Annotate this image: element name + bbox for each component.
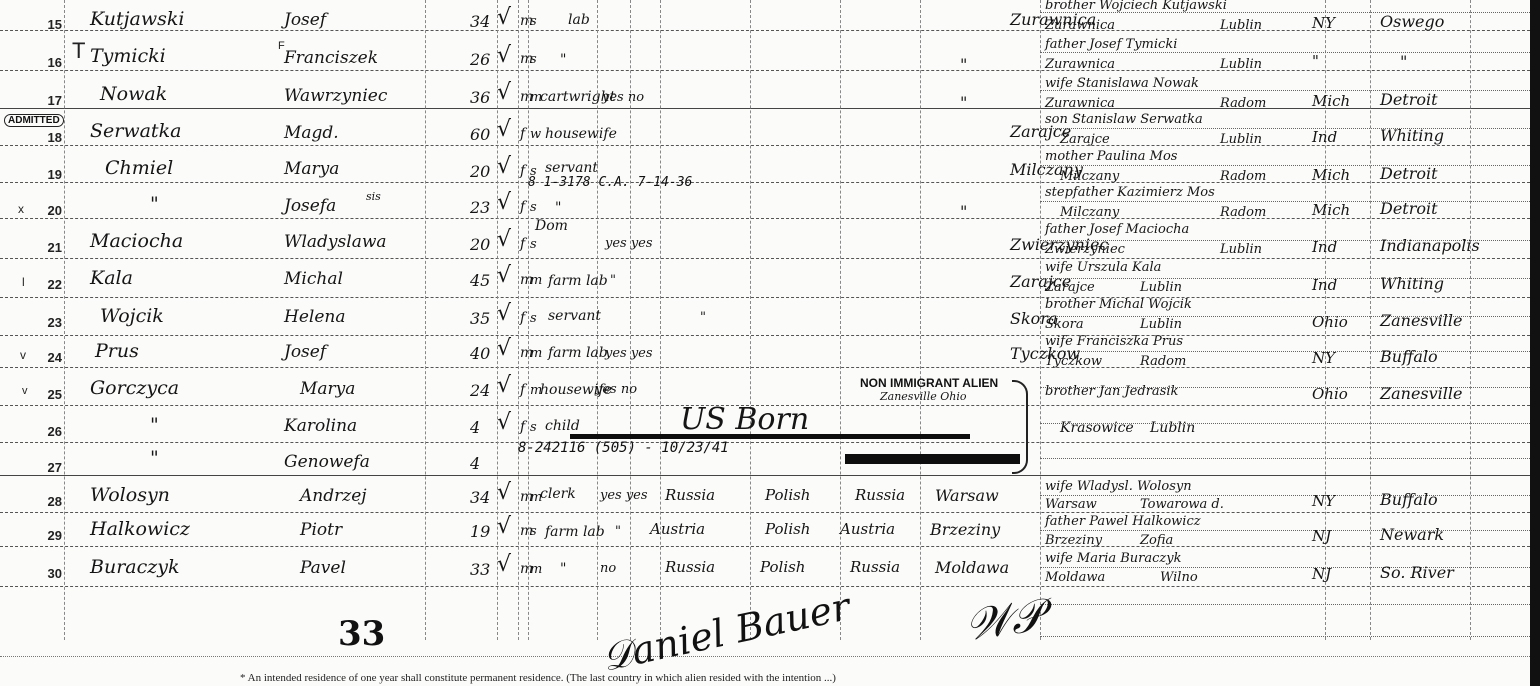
check-mark: √ bbox=[497, 336, 511, 361]
check-mark: √ bbox=[497, 80, 511, 105]
row-divider bbox=[0, 297, 1530, 298]
read-write: yes no bbox=[595, 382, 637, 397]
surname: " bbox=[150, 193, 159, 215]
destination-city: Buffalo bbox=[1380, 490, 1438, 509]
row-divider bbox=[0, 335, 1530, 336]
surname: Nowak bbox=[100, 83, 167, 105]
given-name: Andrzej bbox=[300, 486, 367, 506]
nearest-relative: wife Wladysl. Wolosyn bbox=[1045, 479, 1192, 494]
initials-signature: 𝒲𝒫 bbox=[962, 590, 1046, 651]
destination-city: Whiting bbox=[1380, 274, 1444, 293]
destination-city: Detroit bbox=[1380, 199, 1438, 218]
destination-city: " bbox=[1400, 52, 1407, 71]
occupation: farm lab bbox=[548, 273, 608, 289]
surname: " bbox=[150, 414, 159, 436]
surname: Chmiel bbox=[105, 157, 173, 179]
column-divider bbox=[425, 0, 426, 640]
relative-town: Skora bbox=[1045, 317, 1084, 332]
destination-city: Buffalo bbox=[1380, 347, 1438, 366]
marital-status: s bbox=[530, 420, 537, 435]
relative-town: Warsaw bbox=[1045, 497, 1097, 512]
row-divider bbox=[0, 108, 1530, 109]
sex: f bbox=[520, 382, 525, 398]
age: 26 bbox=[470, 50, 490, 69]
last-residence-town: Moldawa bbox=[935, 558, 1009, 577]
check-mark: √ bbox=[497, 410, 511, 435]
race: Polish bbox=[760, 558, 805, 576]
destination-state: Mich bbox=[1312, 201, 1350, 219]
relative-town: Milczany bbox=[1060, 205, 1119, 220]
relative-town: Zurawnica bbox=[1045, 96, 1115, 111]
bottom-divider bbox=[0, 656, 1530, 657]
given-name: Karolina bbox=[284, 416, 357, 436]
destination-state: Ind bbox=[1312, 276, 1337, 294]
surname: Kala bbox=[90, 267, 133, 289]
stamp-annotation: Zanesville Ohio bbox=[880, 390, 966, 403]
given-name: Magd. bbox=[284, 123, 339, 143]
surname: Wolosyn bbox=[90, 484, 170, 506]
destination-state: NY bbox=[1312, 349, 1335, 367]
destination-state: NJ bbox=[1312, 527, 1331, 545]
row-number: 24 bbox=[36, 350, 62, 365]
destination-city: So. River bbox=[1380, 563, 1454, 582]
sub-divider bbox=[1040, 201, 1530, 202]
row-marker: x bbox=[18, 202, 24, 216]
relative-town: Zurawnica bbox=[1045, 57, 1115, 72]
destination-state: Mich bbox=[1312, 166, 1350, 184]
relative-town: Milczany bbox=[1060, 169, 1119, 184]
sub-divider bbox=[1040, 128, 1530, 129]
row-divider bbox=[0, 475, 1530, 476]
given-name: Helena bbox=[284, 307, 345, 327]
nearest-relative: father Josef Maciocha bbox=[1045, 222, 1189, 237]
sex: f bbox=[520, 236, 525, 252]
relative-town: Moldawa bbox=[1045, 570, 1105, 585]
relative-province: Radom bbox=[1220, 169, 1266, 184]
destination-state: Ohio bbox=[1312, 313, 1348, 331]
age: 4 bbox=[470, 454, 480, 473]
occupation: " bbox=[555, 200, 561, 216]
row-number: 19 bbox=[36, 167, 62, 182]
sub-divider bbox=[1040, 530, 1530, 531]
nationality: Austria bbox=[650, 520, 705, 538]
relative-province: Lublin bbox=[1140, 317, 1182, 332]
surname: Gorczyca bbox=[90, 377, 179, 399]
case-annotation: 8 1-3178 C.A. 7-14-36 bbox=[528, 175, 692, 190]
check-mark: √ bbox=[497, 154, 511, 179]
surname: Buraczyk bbox=[90, 556, 180, 578]
nearest-relative: wife Maria Buraczyk bbox=[1045, 551, 1181, 566]
race: Polish bbox=[765, 486, 810, 504]
row-number: 29 bbox=[36, 528, 62, 543]
case-annotation: 8-242116 (505) - 10/23/41 bbox=[518, 440, 729, 456]
row-number: 30 bbox=[36, 566, 62, 581]
read-write: yes no bbox=[602, 90, 644, 105]
sex: f bbox=[520, 199, 525, 215]
marital-status: s bbox=[530, 14, 537, 29]
row-divider bbox=[0, 442, 1530, 443]
row-number: 15 bbox=[36, 17, 62, 32]
row-marker: v bbox=[20, 348, 26, 362]
destination-city: Oswego bbox=[1380, 12, 1444, 31]
surname: Prus bbox=[95, 340, 139, 362]
relative-province: Wilno bbox=[1160, 570, 1198, 585]
last-residence-town: Brzeziny bbox=[930, 520, 1000, 539]
column-divider bbox=[64, 0, 65, 640]
marital-status: m bbox=[530, 562, 542, 577]
age: 20 bbox=[470, 235, 490, 254]
destination-city: Zanesville bbox=[1380, 384, 1463, 403]
row-number: 22 bbox=[36, 277, 62, 292]
destination-state: Ind bbox=[1312, 238, 1337, 256]
row-divider bbox=[0, 182, 1530, 183]
relative-town: Brzeziny bbox=[1045, 533, 1102, 548]
marital-status: s bbox=[530, 311, 537, 326]
destination-state: " bbox=[1312, 52, 1319, 70]
row-number: 16 bbox=[36, 55, 62, 70]
surname: Serwatka bbox=[90, 120, 181, 142]
relative-province: Lublin bbox=[1220, 57, 1262, 72]
marital-status: m bbox=[530, 273, 542, 288]
race: Polish bbox=[765, 520, 810, 538]
surname: Wojcik bbox=[100, 305, 164, 327]
last-residence-town: Warsaw bbox=[935, 486, 999, 505]
nearest-relative: brother Wojciech Kutjawski bbox=[1045, 0, 1227, 13]
nearest-relative: mother Paulina Mos bbox=[1045, 149, 1177, 164]
age: 19 bbox=[470, 522, 490, 541]
non-immigrant-stamp: NON IMMIGRANT ALIEN bbox=[860, 376, 998, 390]
row-number: 21 bbox=[36, 240, 62, 255]
check-mark: √ bbox=[497, 514, 511, 539]
nearest-relative: son Stanislaw Serwatka bbox=[1045, 112, 1203, 127]
sex: f bbox=[520, 310, 525, 326]
relative-province: Towarowa d. bbox=[1140, 497, 1224, 512]
last-residence-town: " bbox=[960, 93, 967, 112]
marital-status: s bbox=[530, 200, 537, 215]
check-mark: √ bbox=[497, 5, 511, 30]
row-divider bbox=[0, 70, 1530, 71]
occupation: housewife bbox=[545, 126, 617, 142]
destination-state: NY bbox=[1312, 492, 1335, 510]
surname: Halkowicz bbox=[90, 518, 190, 540]
relative-town: Zurawnica bbox=[1045, 18, 1115, 33]
destination-city: Zanesville bbox=[1380, 311, 1463, 330]
column-divider bbox=[518, 0, 519, 640]
marital-status: m bbox=[530, 346, 542, 361]
relative-province: Radom bbox=[1220, 205, 1266, 220]
nationality: Russia bbox=[665, 486, 715, 504]
relative-town: Tyczkow bbox=[1045, 354, 1102, 369]
sub-divider bbox=[1040, 567, 1530, 568]
last-residence-town: " bbox=[960, 202, 967, 221]
manifest-page: 15 Kutjawski Josef 34 √ m s lab Zurawnic… bbox=[0, 0, 1540, 686]
read-write: " bbox=[610, 273, 616, 288]
age: 23 bbox=[470, 198, 490, 217]
occupation: " bbox=[560, 52, 566, 68]
scan-edge bbox=[1530, 0, 1540, 686]
row-divider bbox=[0, 367, 1530, 368]
read-write: " bbox=[700, 310, 706, 325]
occupation: servant bbox=[545, 160, 598, 176]
surname: Kutjawski bbox=[90, 8, 184, 30]
column-divider bbox=[840, 0, 841, 640]
relative-province: Lublin bbox=[1220, 18, 1262, 33]
row-number: 27 bbox=[36, 460, 62, 475]
destination-state: Ohio bbox=[1312, 385, 1348, 403]
nearest-relative: father Josef Tymicki bbox=[1045, 37, 1177, 52]
age: 34 bbox=[470, 12, 490, 31]
age: 36 bbox=[470, 88, 490, 107]
row-divider bbox=[0, 258, 1530, 259]
nearest-relative: wife Stanislawa Nowak bbox=[1045, 76, 1199, 91]
row-divider bbox=[0, 145, 1530, 146]
read-write: yes yes bbox=[605, 236, 653, 251]
check-mark: √ bbox=[497, 43, 511, 68]
surname: " bbox=[150, 447, 159, 469]
occupation: lab bbox=[568, 12, 590, 28]
relative-town: Zwierzyniec bbox=[1045, 242, 1125, 257]
read-write: yes yes bbox=[600, 488, 648, 503]
given-name: Josef bbox=[284, 10, 326, 30]
given-name: Michal bbox=[284, 269, 343, 289]
row-number: 18 bbox=[36, 130, 62, 145]
given-name: Genowefa bbox=[284, 452, 370, 472]
sub-divider bbox=[1040, 165, 1530, 166]
nearest-relative: stepfather Kazimierz Mos bbox=[1045, 185, 1215, 200]
row-number: 23 bbox=[36, 315, 62, 330]
sex: f bbox=[520, 126, 525, 142]
row-divider bbox=[0, 512, 1530, 513]
relative-town: Zarajce bbox=[1060, 132, 1110, 147]
destination-city: Indianapolis bbox=[1380, 236, 1480, 255]
last-residence-town: " bbox=[960, 55, 967, 74]
age: 33 bbox=[470, 560, 490, 579]
column-divider bbox=[1370, 0, 1371, 640]
read-write: no bbox=[600, 561, 616, 576]
destination-state: Ind bbox=[1312, 128, 1337, 146]
strike-through bbox=[570, 434, 970, 439]
given-name: Josef bbox=[284, 342, 326, 362]
age: 34 bbox=[470, 488, 490, 507]
destination-city: Detroit bbox=[1380, 164, 1438, 183]
marital-status: s bbox=[530, 524, 537, 539]
nearest-relative: brother Jan Jedrasik bbox=[1045, 384, 1178, 399]
age: 40 bbox=[470, 344, 490, 363]
relative-province: Lublin bbox=[1220, 242, 1262, 257]
footnote: * An intended residence of one year shal… bbox=[240, 672, 836, 684]
sex: f bbox=[520, 419, 525, 435]
relative-province: Radom bbox=[1140, 354, 1186, 369]
given-name: Wladyslawa bbox=[284, 232, 387, 252]
check-mark: √ bbox=[497, 190, 511, 215]
sub-divider bbox=[1040, 52, 1530, 53]
relative-province: Zofia bbox=[1140, 533, 1173, 548]
signature: 𝒟aniel Bauer bbox=[598, 584, 854, 680]
occupation: farm lab bbox=[548, 345, 608, 361]
destination-city: Newark bbox=[1380, 525, 1444, 544]
row-marker: T bbox=[72, 38, 85, 64]
sub-divider bbox=[1040, 351, 1530, 352]
row-number: 17 bbox=[36, 93, 62, 108]
sub-divider bbox=[1040, 495, 1530, 496]
row-divider bbox=[0, 30, 1530, 31]
sex: f bbox=[520, 163, 525, 179]
us-born-annotation: US Born bbox=[680, 402, 809, 437]
column-divider bbox=[750, 0, 751, 640]
redaction-bar bbox=[845, 454, 1020, 464]
sibling-note: sis bbox=[366, 190, 381, 203]
last-residence-country: Russia bbox=[855, 486, 905, 504]
row-divider bbox=[0, 218, 1530, 219]
given-name: Piotr bbox=[300, 520, 342, 540]
age: 45 bbox=[470, 271, 490, 290]
relative-province: Lublin bbox=[1220, 132, 1262, 147]
row-marker: l bbox=[22, 275, 25, 289]
read-write: yes yes bbox=[605, 346, 653, 361]
sub-divider bbox=[1040, 604, 1530, 605]
check-mark: √ bbox=[497, 263, 511, 288]
relative-town: Zarajce bbox=[1045, 280, 1095, 295]
nationality: Russia bbox=[665, 558, 715, 576]
page-number: 33 bbox=[338, 614, 385, 654]
relative-town: Krasowice bbox=[1060, 420, 1134, 436]
occupation: servant bbox=[548, 308, 601, 324]
destination-state: NY bbox=[1312, 14, 1335, 32]
row-divider bbox=[0, 546, 1530, 547]
last-residence-country: Austria bbox=[840, 520, 895, 538]
column-divider bbox=[920, 0, 921, 640]
given-name: Franciszek bbox=[284, 48, 378, 68]
destination-city: Detroit bbox=[1380, 90, 1438, 109]
relative-province: Radom bbox=[1220, 96, 1266, 111]
surname: Maciocha bbox=[90, 230, 183, 252]
age: 20 bbox=[470, 162, 490, 181]
given-name: Marya bbox=[284, 159, 339, 179]
marital-status: s bbox=[530, 52, 537, 67]
check-mark: √ bbox=[497, 227, 511, 252]
row-number: 26 bbox=[36, 424, 62, 439]
destination-city: Whiting bbox=[1380, 126, 1444, 145]
check-mark: √ bbox=[497, 552, 511, 577]
nearest-relative: father Pawel Halkowicz bbox=[1045, 514, 1201, 529]
occupation: Dom bbox=[535, 218, 568, 234]
sub-divider bbox=[1040, 278, 1530, 279]
column-divider bbox=[1470, 0, 1471, 640]
read-write: " bbox=[615, 524, 621, 539]
marital-status: s bbox=[530, 237, 537, 252]
occupation: farm lab bbox=[545, 524, 605, 540]
sub-divider bbox=[1040, 458, 1530, 459]
sub-divider bbox=[1040, 636, 1530, 637]
relative-province: Lublin bbox=[1150, 420, 1195, 436]
given-name: Marya bbox=[300, 379, 355, 399]
row-number: 28 bbox=[36, 494, 62, 509]
occupation: child bbox=[545, 418, 580, 434]
check-mark: √ bbox=[497, 117, 511, 142]
nearest-relative: wife Urszula Kala bbox=[1045, 260, 1161, 275]
destination-state: NJ bbox=[1312, 565, 1331, 583]
column-divider bbox=[660, 0, 661, 640]
occupation: " bbox=[560, 561, 566, 577]
nearest-relative: wife Franciszka Prus bbox=[1045, 334, 1183, 349]
relative-province: Lublin bbox=[1140, 280, 1182, 295]
age: 60 bbox=[470, 125, 490, 144]
row-marker: v bbox=[22, 385, 28, 397]
surname: Tymicki bbox=[90, 45, 166, 67]
row-number: 25 bbox=[36, 387, 62, 402]
marital-status: w bbox=[530, 127, 541, 142]
admitted-stamp: ADMITTED bbox=[4, 114, 64, 127]
age: 4 bbox=[470, 418, 480, 437]
nearest-relative: brother Michal Wojcik bbox=[1045, 297, 1192, 312]
check-mark: √ bbox=[497, 480, 511, 505]
row-divider bbox=[0, 586, 1530, 587]
given-name: Josefa bbox=[284, 196, 336, 216]
last-residence-country: Russia bbox=[850, 558, 900, 576]
check-mark: √ bbox=[497, 301, 511, 326]
check-mark: √ bbox=[497, 373, 511, 398]
row-number: 20 bbox=[36, 203, 62, 218]
given-name: Pavel bbox=[300, 558, 346, 578]
age: 35 bbox=[470, 309, 490, 328]
destination-state: Mich bbox=[1312, 92, 1350, 110]
age: 24 bbox=[470, 381, 490, 400]
occupation: clerk bbox=[540, 486, 576, 502]
given-name: Wawrzyniec bbox=[284, 86, 387, 106]
